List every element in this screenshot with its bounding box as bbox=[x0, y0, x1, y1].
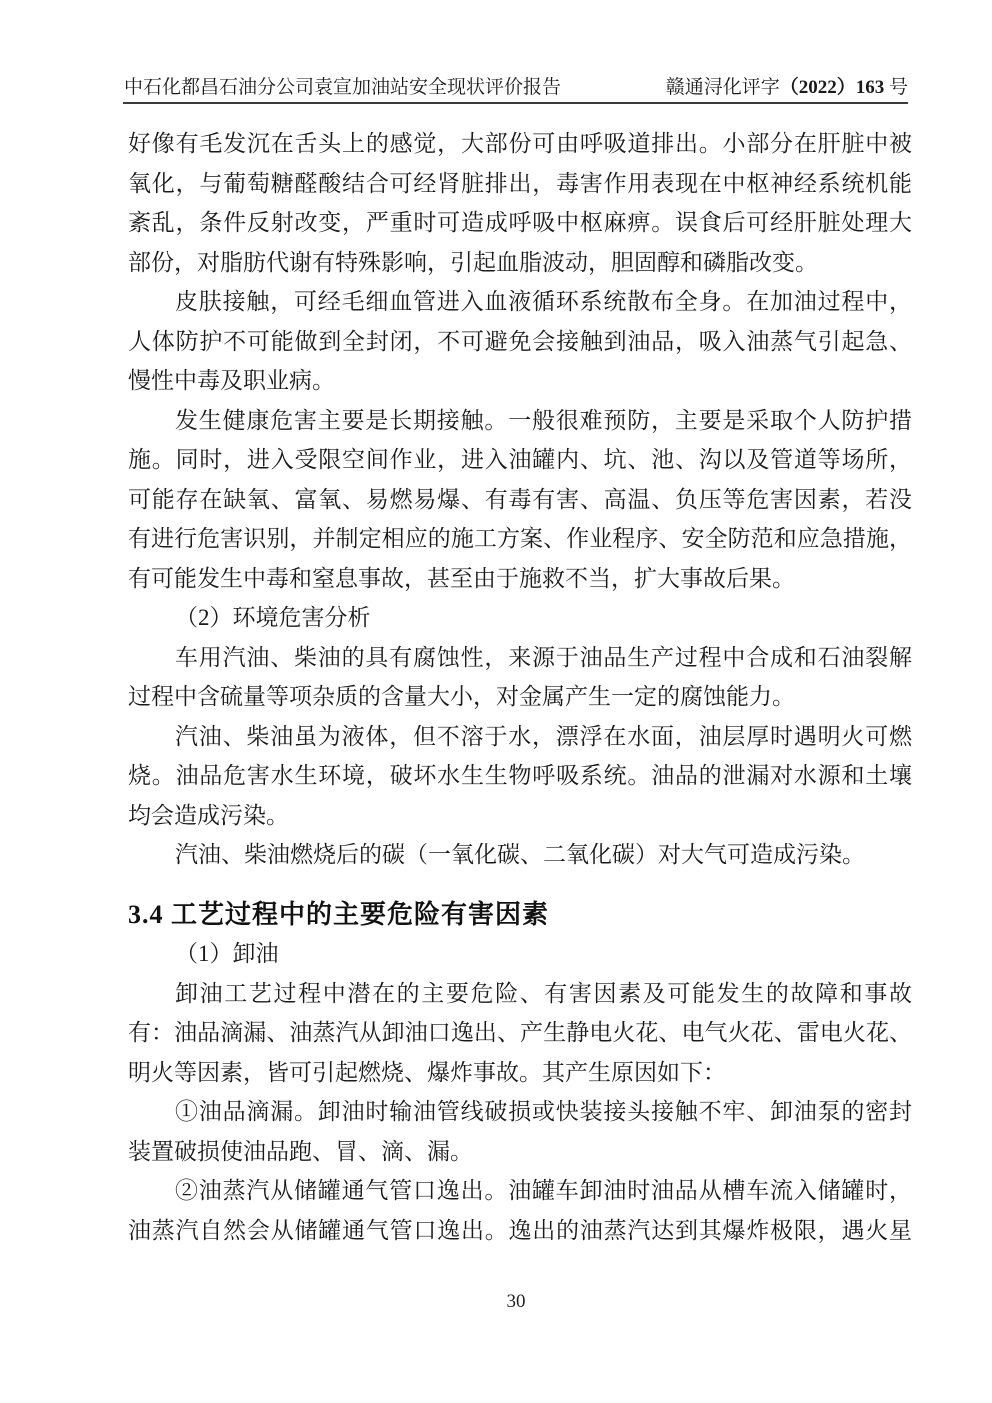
paragraph: ①油品滴漏。卸油时输油管线破损或快装接头接触不牢、卸油泵的密封装置破损使油品跑、… bbox=[128, 1092, 912, 1171]
text-line: 汽油、柴油虽为液体，但不溶于水，漂浮在水面，油层厚时遇明火可燃 bbox=[128, 717, 912, 757]
paragraph: 汽油、柴油虽为液体，但不溶于水，漂浮在水面，油层厚时遇明火可燃烧。油品危害水生环… bbox=[128, 717, 912, 836]
text-line: 部份，对脂肪代谢有特殊影响，引起血脂波动，胆固醇和磷脂改变。 bbox=[128, 243, 912, 283]
text-line: 氧化，与葡萄糖醛酸结合可经肾脏排出，毒害作用表现在中枢神经系统机能 bbox=[128, 164, 912, 204]
paragraph: 发生健康危害主要是长期接触。一般很难预防，主要是采取个人防护措施。同时，进入受限… bbox=[128, 401, 912, 599]
doc-number-value: （2022）163 bbox=[780, 77, 885, 98]
doc-number: 赣通浔化评字（2022）163 号 bbox=[666, 76, 908, 100]
text-line: 紊乱，条件反射改变，严重时可造成呼吸中枢麻痹。误食后可经肝脏处理大 bbox=[128, 203, 912, 243]
text-line: 过程中含硫量等项杂质的含量大小，对金属产生一定的腐蚀能力。 bbox=[128, 677, 912, 717]
text-line: 装置破损使油品跑、冒、滴、漏。 bbox=[128, 1132, 912, 1172]
paragraph: 卸油工艺过程中潜在的主要危险、有害因素及可能发生的故障和事故有：油品滴漏、油蒸汽… bbox=[128, 974, 912, 1093]
text-line: 烧。油品危害水生环境，破坏水生生物呼吸系统。油品的泄漏对水源和土壤 bbox=[128, 756, 912, 796]
document-body: 好像有毛发沉在舌头上的感觉，大部份可由呼吸道排出。小部分在肝脏中被氧化，与葡萄糖… bbox=[128, 124, 912, 1250]
text-line: ②油蒸汽从储罐通气管口逸出。油罐车卸油时油品从槽车流入储罐时， bbox=[128, 1171, 912, 1211]
text-line: （1）卸油 bbox=[128, 934, 912, 974]
text-line: 皮肤接触，可经毛细血管进入血液循环系统散布全身。在加油过程中， bbox=[128, 282, 912, 322]
text-line: （2）环境危害分析 bbox=[128, 598, 912, 638]
text-line: 人体防护不可能做到全封闭，不可避免会接触到油品，吸入油蒸气引起急、 bbox=[128, 322, 912, 362]
text-line: 有进行危害识别，并制定相应的施工方案、作业程序、安全防范和应急措施， bbox=[128, 519, 912, 559]
report-title: 中石化都昌石油分公司袁宣加油站安全现状评价报告 bbox=[124, 76, 561, 100]
text-line: 有：油品滴漏、油蒸汽从卸油口逸出、产生静电火花、电气火花、雷电火花、 bbox=[128, 1013, 912, 1053]
text-line: 油蒸汽自然会从储罐通气管口逸出。逸出的油蒸汽达到其爆炸极限，遇火星 bbox=[128, 1211, 912, 1251]
text-line: 发生健康危害主要是长期接触。一般很难预防，主要是采取个人防护措 bbox=[128, 401, 912, 441]
paragraph: 汽油、柴油燃烧后的碳（一氧化碳、二氧化碳）对大气可造成污染。 bbox=[128, 835, 912, 875]
text-line: 明火等因素，皆可引起燃烧、爆炸事故。其产生原因如下： bbox=[128, 1053, 912, 1093]
text-line: ①油品滴漏。卸油时输油管线破损或快装接头接触不牢、卸油泵的密封 bbox=[128, 1092, 912, 1132]
header-divider bbox=[123, 102, 908, 104]
document-page: 中石化都昌石油分公司袁宣加油站安全现状评价报告 赣通浔化评字（2022）163 … bbox=[0, 0, 992, 1403]
page-footer: 30 bbox=[124, 1291, 908, 1313]
text-line: 汽油、柴油燃烧后的碳（一氧化碳、二氧化碳）对大气可造成污染。 bbox=[128, 835, 912, 875]
page-header: 中石化都昌石油分公司袁宣加油站安全现状评价报告 赣通浔化评字（2022）163 … bbox=[124, 76, 908, 100]
section-heading: 3.4 工艺过程中的主要危险有害因素 bbox=[128, 895, 912, 935]
paragraph: 好像有毛发沉在舌头上的感觉，大部份可由呼吸道排出。小部分在肝脏中被氧化，与葡萄糖… bbox=[128, 124, 912, 282]
paragraph: 车用汽油、柴油的具有腐蚀性，来源于油品生产过程中合成和石油裂解过程中含硫量等项杂… bbox=[128, 638, 912, 717]
text-line: 有可能发生中毒和窒息事故，甚至由于施救不当，扩大事故后果。 bbox=[128, 559, 912, 599]
doc-number-prefix: 赣通浔化评字 bbox=[666, 77, 780, 98]
doc-number-suffix: 号 bbox=[884, 77, 908, 98]
text-line: 慢性中毒及职业病。 bbox=[128, 361, 912, 401]
page-number: 30 bbox=[507, 1291, 526, 1312]
paragraph: 皮肤接触，可经毛细血管进入血液循环系统散布全身。在加油过程中，人体防护不可能做到… bbox=[128, 282, 912, 401]
text-line: 好像有毛发沉在舌头上的感觉，大部份可由呼吸道排出。小部分在肝脏中被 bbox=[128, 124, 912, 164]
text-line: 卸油工艺过程中潜在的主要危险、有害因素及可能发生的故障和事故 bbox=[128, 974, 912, 1014]
text-line: 均会造成污染。 bbox=[128, 796, 912, 836]
text-line: 车用汽油、柴油的具有腐蚀性，来源于油品生产过程中合成和石油裂解 bbox=[128, 638, 912, 678]
text-line: 施。同时，进入受限空间作业，进入油罐内、坑、池、沟以及管道等场所， bbox=[128, 440, 912, 480]
paragraph: ②油蒸汽从储罐通气管口逸出。油罐车卸油时油品从槽车流入储罐时，油蒸汽自然会从储罐… bbox=[128, 1171, 912, 1250]
paragraph: （2）环境危害分析 bbox=[128, 598, 912, 638]
text-line: 可能存在缺氧、富氧、易燃易爆、有毒有害、高温、负压等危害因素，若没 bbox=[128, 480, 912, 520]
paragraph: （1）卸油 bbox=[128, 934, 912, 974]
